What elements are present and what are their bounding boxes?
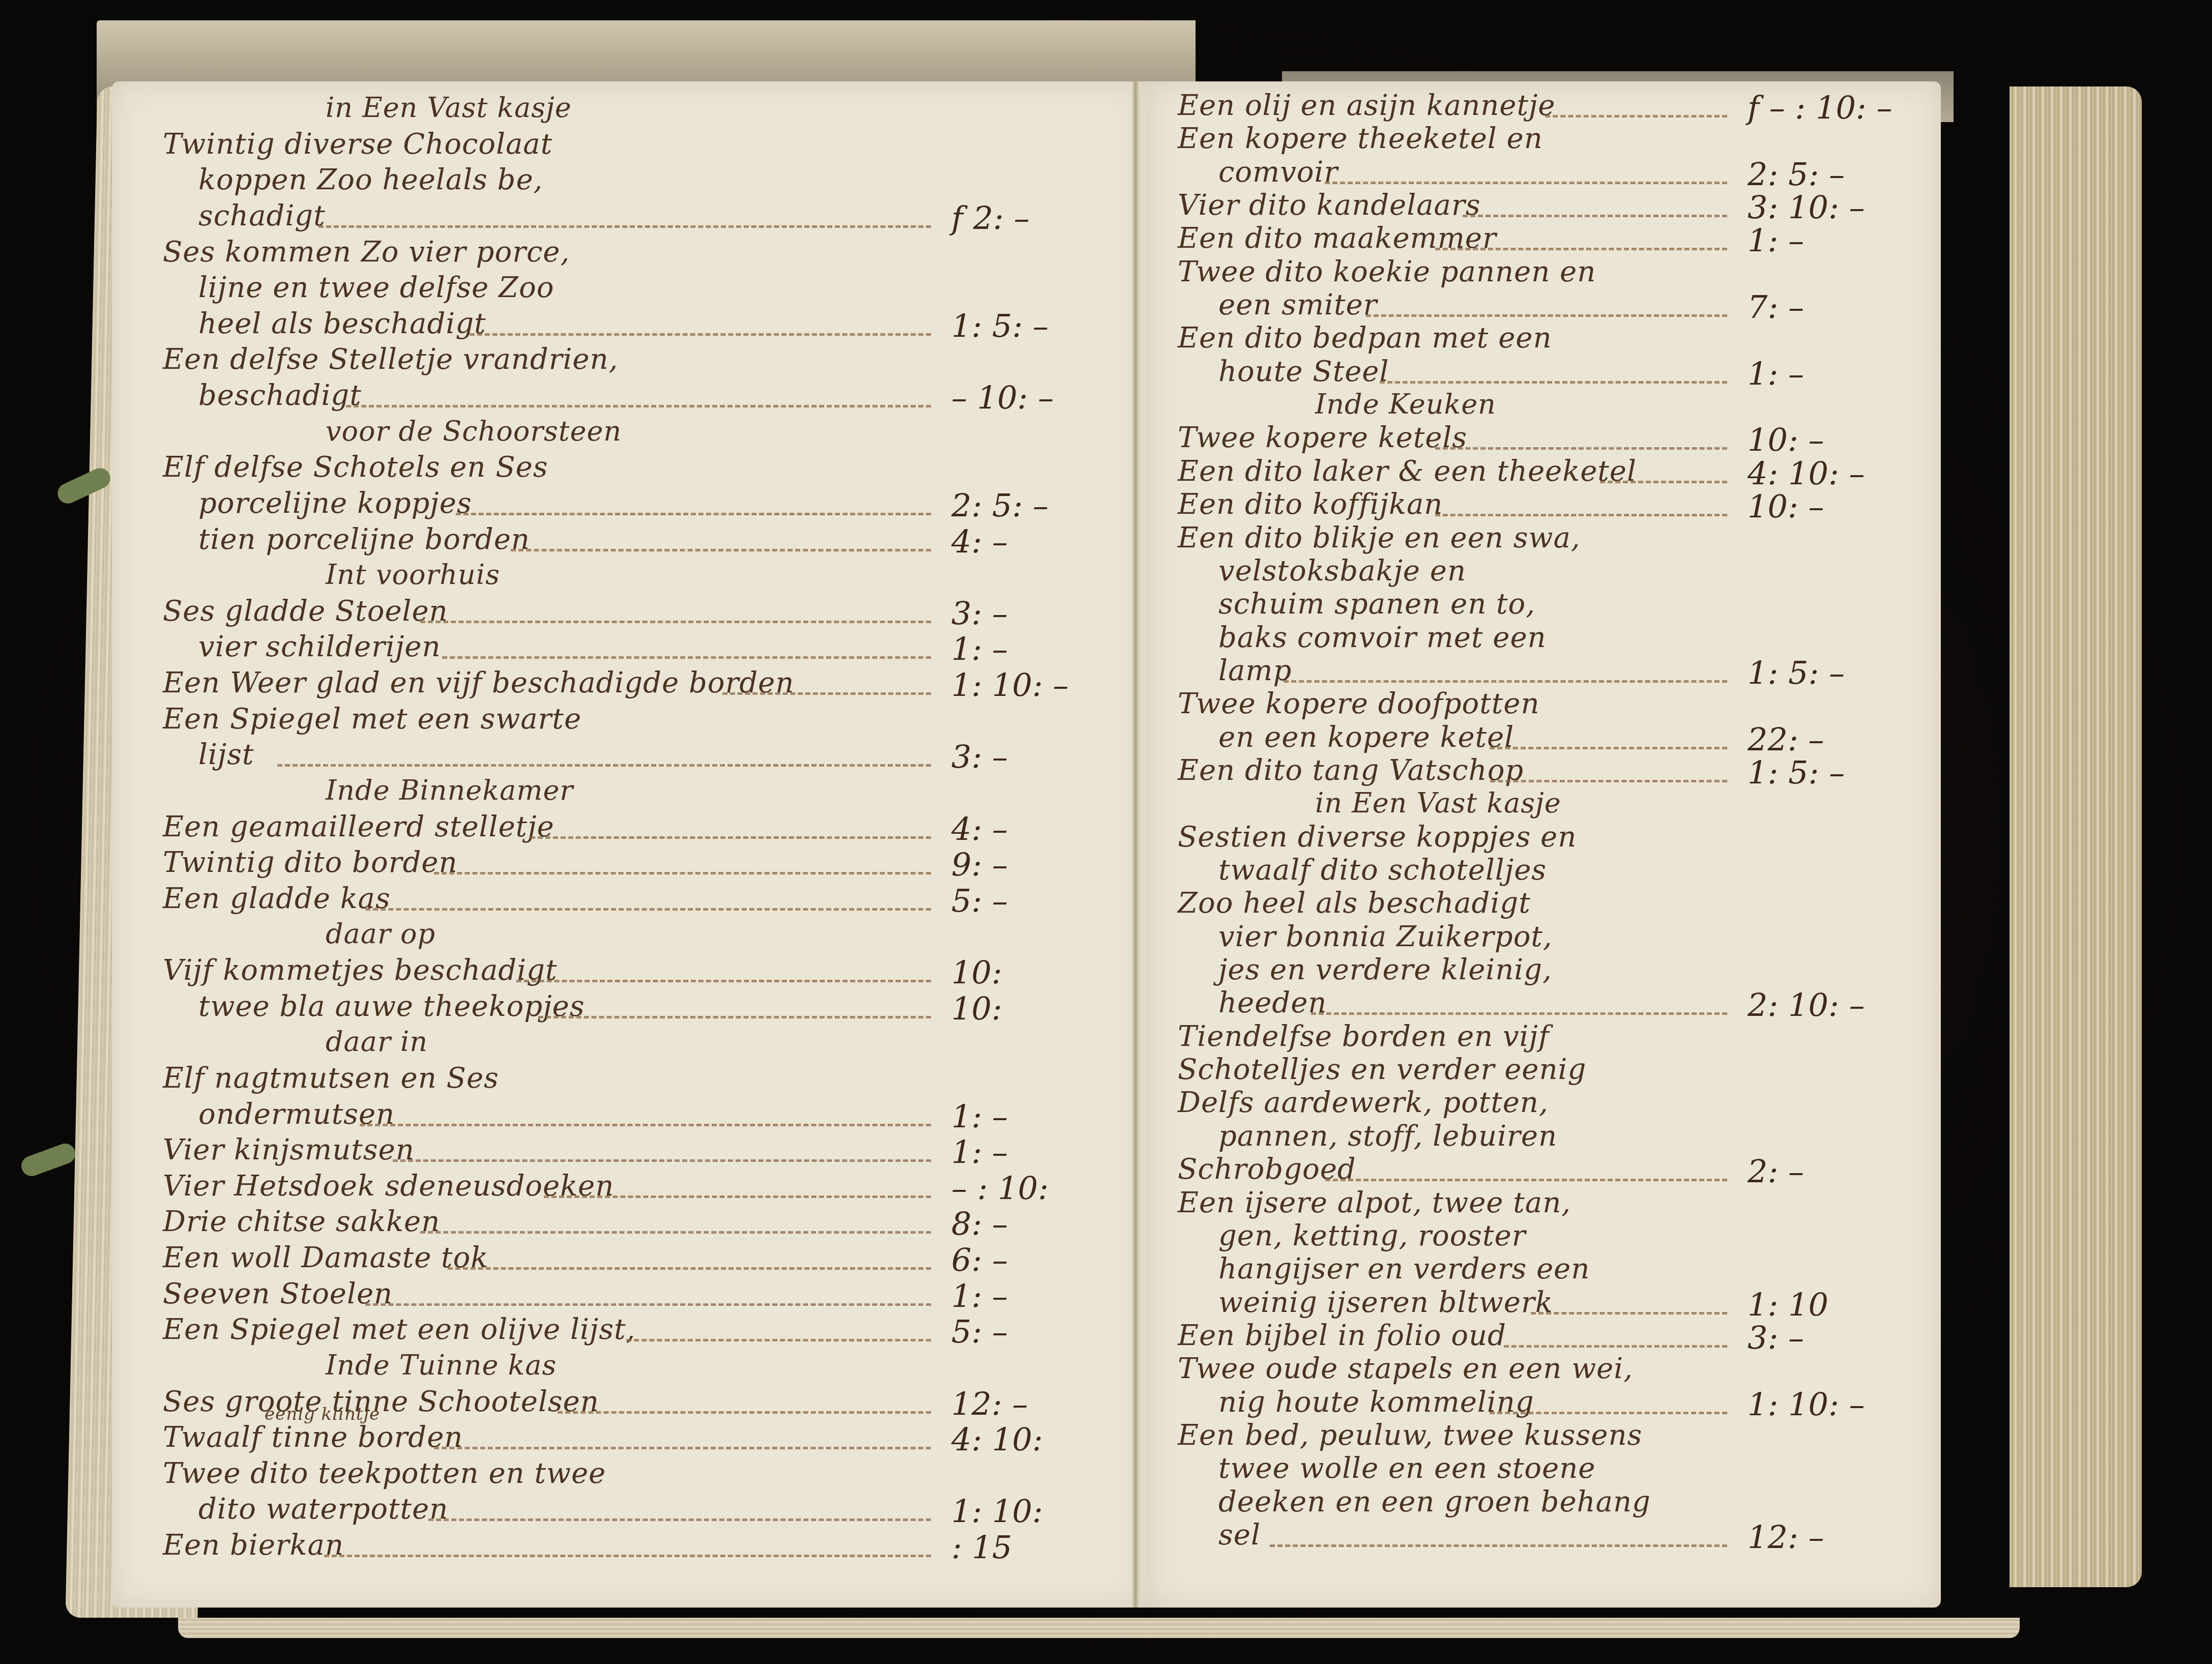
amount-value: 2: 10: – (1748, 986, 1865, 1024)
dotted-leader (420, 1231, 931, 1234)
inventory-line: Een gladde kas (163, 885, 391, 913)
amount-value: 5: – (951, 882, 1008, 919)
inventory-line: deeken en een groen behang (1218, 1488, 1651, 1516)
inventory-line: Een Spiegel met een swarte (163, 705, 581, 734)
amount-value: 1: – (951, 1277, 1008, 1315)
dotted-leader (1270, 1544, 1727, 1547)
inventory-line: Een bed, peuluw, twee kussens (1178, 1421, 1642, 1450)
page-edges-bottom (178, 1618, 2020, 1638)
inventory-line: Twee kopere doofpotten (1178, 690, 1540, 718)
amount-value: 12: – (1748, 1519, 1824, 1556)
inventory-line: nig houte kommeling (1218, 1388, 1534, 1417)
amount-value: – 10: – (951, 379, 1054, 416)
inventory-line: Een dito bedpan met een (1178, 324, 1552, 353)
dotted-leader (1325, 182, 1727, 184)
inventory-line: Een woll Damaste tok (163, 1244, 488, 1272)
amount-value: 1: 10: (951, 1493, 1043, 1530)
amount-value: 4: – (951, 810, 1008, 848)
amount-value: 1: – (951, 1133, 1008, 1171)
dotted-leader (1545, 115, 1727, 118)
dotted-leader (722, 692, 931, 695)
amount-value: f – : 10: – (1748, 89, 1892, 126)
inventory-line: tien porcelijne borden (198, 526, 530, 554)
dotted-leader (1284, 680, 1727, 683)
dotted-leader (1504, 1345, 1727, 1348)
inventory-line: Een dito blikje en een swa, (1178, 524, 1581, 552)
inventory-line: Twee dito teekpotten en twee (163, 1459, 606, 1488)
inventory-line: Vier kinjsmutsen (163, 1136, 415, 1164)
inventory-line: Een bijbel in folio oud (1178, 1322, 1506, 1350)
right-page: Een olij en asijn kannetjef – : 10: –Een… (1147, 81, 1941, 1608)
inventory-line: Schotelljes en verder eenig (1178, 1056, 1586, 1084)
inventory-line: dito waterpotten (198, 1495, 448, 1524)
inventory-line: sel (1218, 1521, 1261, 1550)
section-heading: Int voorhuis (326, 561, 500, 589)
dotted-leader (365, 908, 931, 911)
dotted-leader (1435, 248, 1727, 250)
dotted-leader (1600, 481, 1727, 483)
inventory-line: schuim spanen en to, (1218, 590, 1535, 619)
inventory-line: lijst (198, 741, 254, 769)
dotted-leader (360, 1124, 931, 1126)
amount-value: 3: – (951, 595, 1008, 632)
amount-value: 10: – (1748, 421, 1824, 458)
dotted-leader (1366, 314, 1727, 317)
inventory-line: Seeven Stoelen (163, 1280, 393, 1308)
dotted-leader (1380, 381, 1727, 384)
inventory-line: Een ijsere alpot, twee tan, (1178, 1189, 1571, 1217)
inventory-line: baks comvoir met een (1218, 624, 1547, 652)
amount-value: 5: – (951, 1313, 1008, 1350)
amount-value: 1: – (951, 630, 1008, 667)
inventory-line: Elf delfse Schotels en Ses (163, 453, 548, 482)
amount-value: 4: 10: – (1748, 455, 1865, 492)
dotted-leader (1490, 780, 1727, 782)
amount-value: 6: – (951, 1241, 1008, 1278)
dotted-leader (1311, 1012, 1727, 1015)
page-edges-right (2010, 86, 2142, 1587)
inventory-line: lamp (1218, 657, 1292, 685)
section-heading: Inde Tuinne kas (326, 1352, 557, 1379)
section-heading: in Een Vast kasje (1315, 790, 1561, 817)
inventory-line: schadigt (198, 202, 326, 230)
inventory-line: Elf nagtmutsen en Ses (163, 1064, 499, 1093)
dotted-leader (346, 405, 931, 407)
inventory-line: Delfs aardewerk, potten, (1178, 1089, 1549, 1117)
dotted-leader (1325, 1179, 1727, 1181)
inventory-line: Tiendelfse borden en vijf (1178, 1023, 1550, 1051)
dotted-leader (365, 1303, 931, 1306)
inventory-line: lijne en twee delfse Zoo (198, 274, 554, 302)
book-gutter (1132, 81, 1141, 1608)
dotted-leader (324, 1555, 931, 1557)
amount-value: 3: 10: – (1748, 189, 1865, 226)
inventory-line: koppen Zoo heelals be, (198, 166, 543, 194)
dotted-leader (1531, 1312, 1727, 1315)
dotted-leader (470, 333, 931, 336)
inventory-line: jes en verdere kleinig, (1218, 956, 1552, 984)
inventory-line: Zoo heel als beschadigt (1178, 889, 1531, 918)
section-heading: in Een Vast kasje (326, 94, 572, 122)
inventory-line: Drie chitse sakken (163, 1208, 440, 1236)
inventory-line: Vier dito kandelaars (1178, 191, 1480, 220)
inventory-line: Een dito laker & een theeketel (1178, 457, 1637, 486)
inventory-line: Twee dito koekie pannen en (1178, 258, 1596, 286)
amount-value: 8: – (951, 1205, 1008, 1242)
section-heading: daar op (326, 920, 435, 948)
inventory-line: weinig ijseren bltwerk (1218, 1289, 1553, 1317)
inventory-line: twee bla auwe theekopjes (198, 992, 585, 1021)
amount-value: 4: 10: (951, 1421, 1043, 1458)
inventory-line: Sestien diverse koppjes en (1178, 823, 1577, 852)
dotted-leader (442, 656, 931, 659)
amount-value: 12: – (951, 1385, 1028, 1422)
amount-value: 10: – (1748, 488, 1824, 525)
inventory-line: Een Spiegel met een olijve lijst, (163, 1316, 635, 1344)
dotted-leader (1435, 447, 1727, 450)
inventory-line: comvoir (1218, 158, 1338, 187)
dotted-leader (511, 549, 931, 551)
amount-value: 3: – (951, 738, 1008, 775)
inventory-line: Een geamailleerd stelletje (163, 813, 555, 841)
inventory-line: Een kopere theeketel en (1178, 125, 1543, 153)
dotted-leader (434, 872, 931, 874)
dotted-leader (530, 836, 931, 839)
inventory-line: Een bierkan (163, 1531, 344, 1560)
inventory-line: gen, ketting, rooster (1218, 1222, 1526, 1250)
amount-value: 7: – (1748, 288, 1804, 326)
inventory-line: hangijser en verders een (1218, 1255, 1590, 1283)
dotted-leader (1463, 215, 1727, 217)
amount-value: 1: 5: – (951, 307, 1049, 344)
inventory-line: twee wolle en een stoene (1218, 1454, 1595, 1483)
inventory-line: Twee oude stapels en een wei, (1178, 1355, 1633, 1383)
dotted-leader (1435, 514, 1727, 516)
inventory-line: een smiter (1218, 291, 1377, 319)
amount-value: 1: 10: – (951, 666, 1069, 704)
inventory-line: heel als beschadigt (198, 310, 486, 338)
section-heading: Inde Keuken (1315, 391, 1496, 418)
inventory-line: vier schilderijen (198, 633, 441, 661)
inventory-line: Twintig diverse Chocolaat (163, 130, 552, 159)
dotted-leader (538, 1016, 931, 1018)
dotted-leader (277, 764, 931, 767)
inventory-line: Vijf kommetjes beschadigt (163, 956, 557, 985)
amount-value: 1: 5: – (1748, 654, 1845, 691)
inventory-line: vier bonnia Zuikerpot, (1218, 923, 1553, 951)
amount-value: f 2: – (951, 199, 1030, 237)
left-page: in Een Vast kasjeTwintig diverse Chocola… (112, 81, 1147, 1608)
amount-value: 2: 5: – (951, 487, 1049, 524)
amount-value: 2: – (1748, 1153, 1804, 1190)
section-heading: Inde Binnekamer (326, 777, 573, 804)
amount-value: 3: – (1748, 1319, 1804, 1356)
dotted-leader (516, 980, 931, 982)
inventory-line: Twaalf tinne borden (163, 1423, 463, 1452)
amount-value: 22: – (1748, 721, 1824, 758)
amount-value: : 15 (951, 1529, 1012, 1566)
section-heading: daar in (326, 1028, 428, 1056)
dotted-leader (626, 1339, 931, 1341)
amount-value: 1: – (1748, 222, 1804, 259)
amount-value: 10: (951, 954, 1002, 991)
inventory-line: Ses gladde Stoelen (163, 597, 448, 626)
inventory-line: velstoksbakje en (1218, 557, 1466, 586)
inventory-line: twaalf dito schotelljes (1218, 856, 1547, 885)
amount-value: – : 10: (951, 1170, 1049, 1207)
section-heading: voor de Schoorsteen (326, 418, 622, 445)
amount-value: 2: 5: – (1748, 156, 1845, 193)
dotted-leader (318, 225, 931, 228)
inventory-line: porcelijne koppjes (198, 489, 472, 518)
inventory-line: Een dito tang Vatschop (1178, 756, 1524, 785)
dotted-leader (428, 1519, 931, 1521)
inventory-line: Twee kopere ketels (1178, 424, 1467, 452)
inventory-line: houte Steel (1218, 358, 1389, 386)
dotted-leader (448, 1267, 931, 1270)
amount-value: 1: – (951, 1098, 1008, 1135)
amount-value: 1: 10: – (1748, 1386, 1865, 1423)
dotted-leader (420, 621, 931, 623)
dotted-leader (1490, 1412, 1727, 1414)
dotted-leader (393, 1159, 931, 1162)
amount-value: 1: – (1748, 355, 1804, 392)
inventory-line: Een olij en asijn kannetje (1178, 92, 1555, 120)
inventory-line: Een delfse Stelletje vrandrien, (163, 345, 618, 374)
inventory-line: beschadigt (198, 382, 362, 410)
amount-value: 10: (951, 990, 1002, 1027)
dotted-leader (544, 1195, 931, 1198)
inventory-line: Twintig dito borden (163, 849, 458, 877)
interlinear-note: eenig klintje (265, 1406, 380, 1423)
inventory-line: Een dito koffijkan (1178, 490, 1443, 519)
amount-value: 4: – (951, 523, 1008, 560)
inventory-line: en een kopere ketel (1218, 723, 1514, 752)
amount-value: 1: 10 (1748, 1286, 1828, 1323)
inventory-line: Ses groote tinne Schootelsen (163, 1388, 599, 1416)
amount-value: 1: 5: – (1748, 754, 1845, 791)
inventory-line: Een Weer glad en vijf beschadigde borden (163, 669, 794, 697)
inventory-line: pannen, stoff, lebuiren (1218, 1122, 1557, 1151)
inventory-line: Ses kommen Zo vier porce, (163, 238, 570, 267)
dotted-leader (456, 513, 931, 515)
dotted-leader (558, 1411, 931, 1414)
dotted-leader (434, 1447, 931, 1449)
dotted-leader (1490, 747, 1727, 749)
amount-value: 9: – (951, 846, 1008, 883)
